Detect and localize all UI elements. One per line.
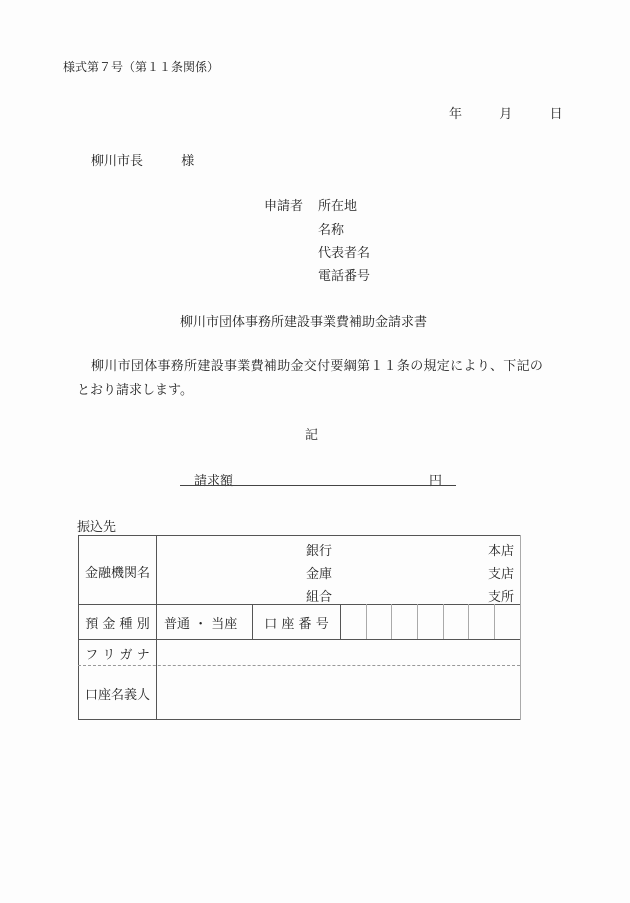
form-number: 様式第７号（第１１条関係） bbox=[63, 58, 219, 75]
institution-type-shinkin: 金庫 bbox=[306, 563, 332, 582]
claim-label: 請求額 bbox=[194, 470, 233, 489]
transfer-heading: 振込先 bbox=[77, 516, 116, 535]
digit-box-divider-1 bbox=[366, 604, 367, 639]
claim-unit: 円 bbox=[429, 470, 442, 489]
deposit-type-options[interactable]: 普通 ・ 当座 bbox=[164, 613, 237, 632]
furigana-label: フ リ ガ ナ bbox=[79, 644, 156, 663]
ki-label: 記 bbox=[305, 424, 318, 443]
applicant-name-field: 名称 bbox=[318, 219, 344, 238]
deposit-type-label: 預 金 種 別 bbox=[79, 613, 156, 632]
month-label: 月 bbox=[499, 103, 512, 122]
digit-box-divider-2 bbox=[391, 604, 392, 639]
row-divider-1 bbox=[78, 604, 520, 605]
digit-box-divider-6 bbox=[494, 604, 495, 639]
branch-type-branch: 支店 bbox=[488, 563, 514, 582]
addressee: 柳川市長 様 bbox=[91, 150, 194, 169]
institution-label: 金融機関名 bbox=[79, 562, 156, 581]
digit-box-divider-5 bbox=[468, 604, 469, 639]
applicant-phone-field: 電話番号 bbox=[318, 265, 370, 284]
institution-type-bank: 銀行 bbox=[306, 540, 332, 559]
account-holder-label: 口座名義人 bbox=[79, 684, 156, 703]
year-label: 年 bbox=[449, 103, 462, 122]
furigana-field[interactable] bbox=[157, 640, 520, 665]
day-label: 日 bbox=[550, 103, 563, 122]
addressee-honorific: 様 bbox=[181, 154, 194, 169]
table-right-border bbox=[520, 535, 521, 720]
body-line-2: とおり請求します。 bbox=[77, 379, 193, 398]
claim-underline bbox=[180, 485, 456, 486]
digit-box-divider-4 bbox=[443, 604, 444, 639]
branch-type-head: 本店 bbox=[488, 540, 514, 559]
digit-box-divider-3 bbox=[417, 604, 418, 639]
document-title: 柳川市団体事務所建設事業費補助金請求書 bbox=[180, 311, 427, 330]
account-number-label: 口 座 番 号 bbox=[253, 613, 340, 632]
applicant-representative-field: 代表者名 bbox=[318, 242, 370, 261]
applicant-address-field: 所在地 bbox=[318, 195, 357, 214]
addressee-name: 柳川市長 bbox=[91, 154, 143, 169]
table-top-border bbox=[78, 535, 520, 536]
branch-type-office: 支所 bbox=[488, 586, 514, 605]
institution-type-kumiai: 組合 bbox=[306, 586, 332, 605]
account-number-divider bbox=[340, 604, 341, 639]
table-bottom-border bbox=[78, 719, 520, 720]
account-holder-field[interactable] bbox=[157, 666, 520, 719]
body-line-1: 柳川市団体事務所建設事業費補助金交付要綱第１１条の規定により、下記の bbox=[91, 355, 543, 374]
date-line: 年 月 日 bbox=[449, 103, 563, 122]
applicant-label: 申請者 bbox=[264, 195, 303, 214]
